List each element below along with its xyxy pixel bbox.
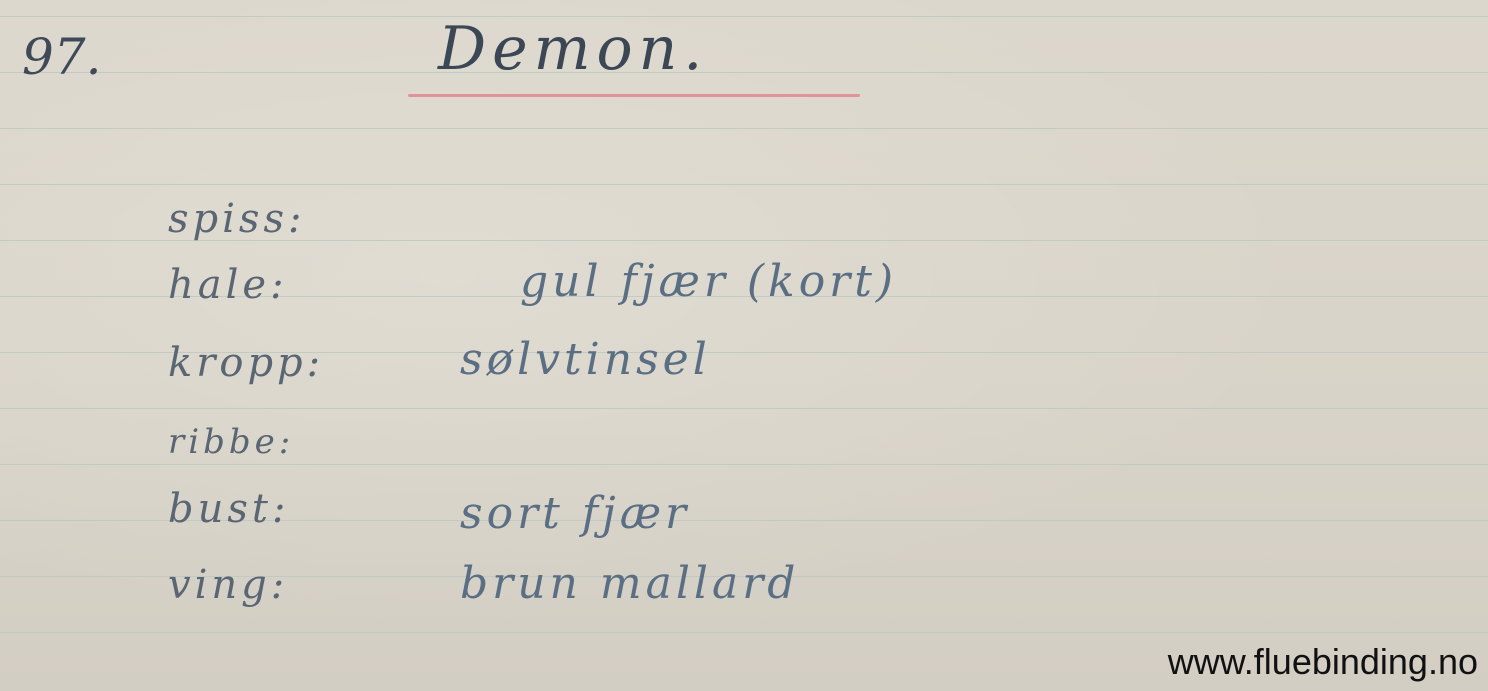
ruled-line [0,184,1488,185]
recipe-label-hackle: bust: [168,486,289,532]
recipe-value-tail: gul fjær (kort) [520,256,897,307]
ruled-line [0,632,1488,633]
recipe-label-wing: ving: [168,562,288,608]
recipe-label-rib: ribbe: [168,422,294,462]
fly-pattern-title: Demon. [438,14,708,84]
ruled-line [0,72,1488,73]
recipe-label-tip: spiss: [168,196,305,242]
recipe-value-hackle: sort fjær [460,488,690,539]
recipe-value-body: sølvtinsel [460,334,711,385]
entry-number: 97. [22,28,102,86]
website-watermark: www.fluebinding.no [1168,641,1478,683]
ruled-line [0,464,1488,465]
recipe-value-wing: brun mallard [460,558,799,609]
ruled-line [0,128,1488,129]
recipe-label-tail: hale: [168,262,288,308]
title-underline [408,94,860,97]
ruled-line [0,408,1488,409]
ruled-line [0,16,1488,17]
recipe-label-body: kropp: [168,340,324,386]
notebook-page: 97. Demon. spiss: hale: gul fjær (kort) … [0,0,1488,691]
